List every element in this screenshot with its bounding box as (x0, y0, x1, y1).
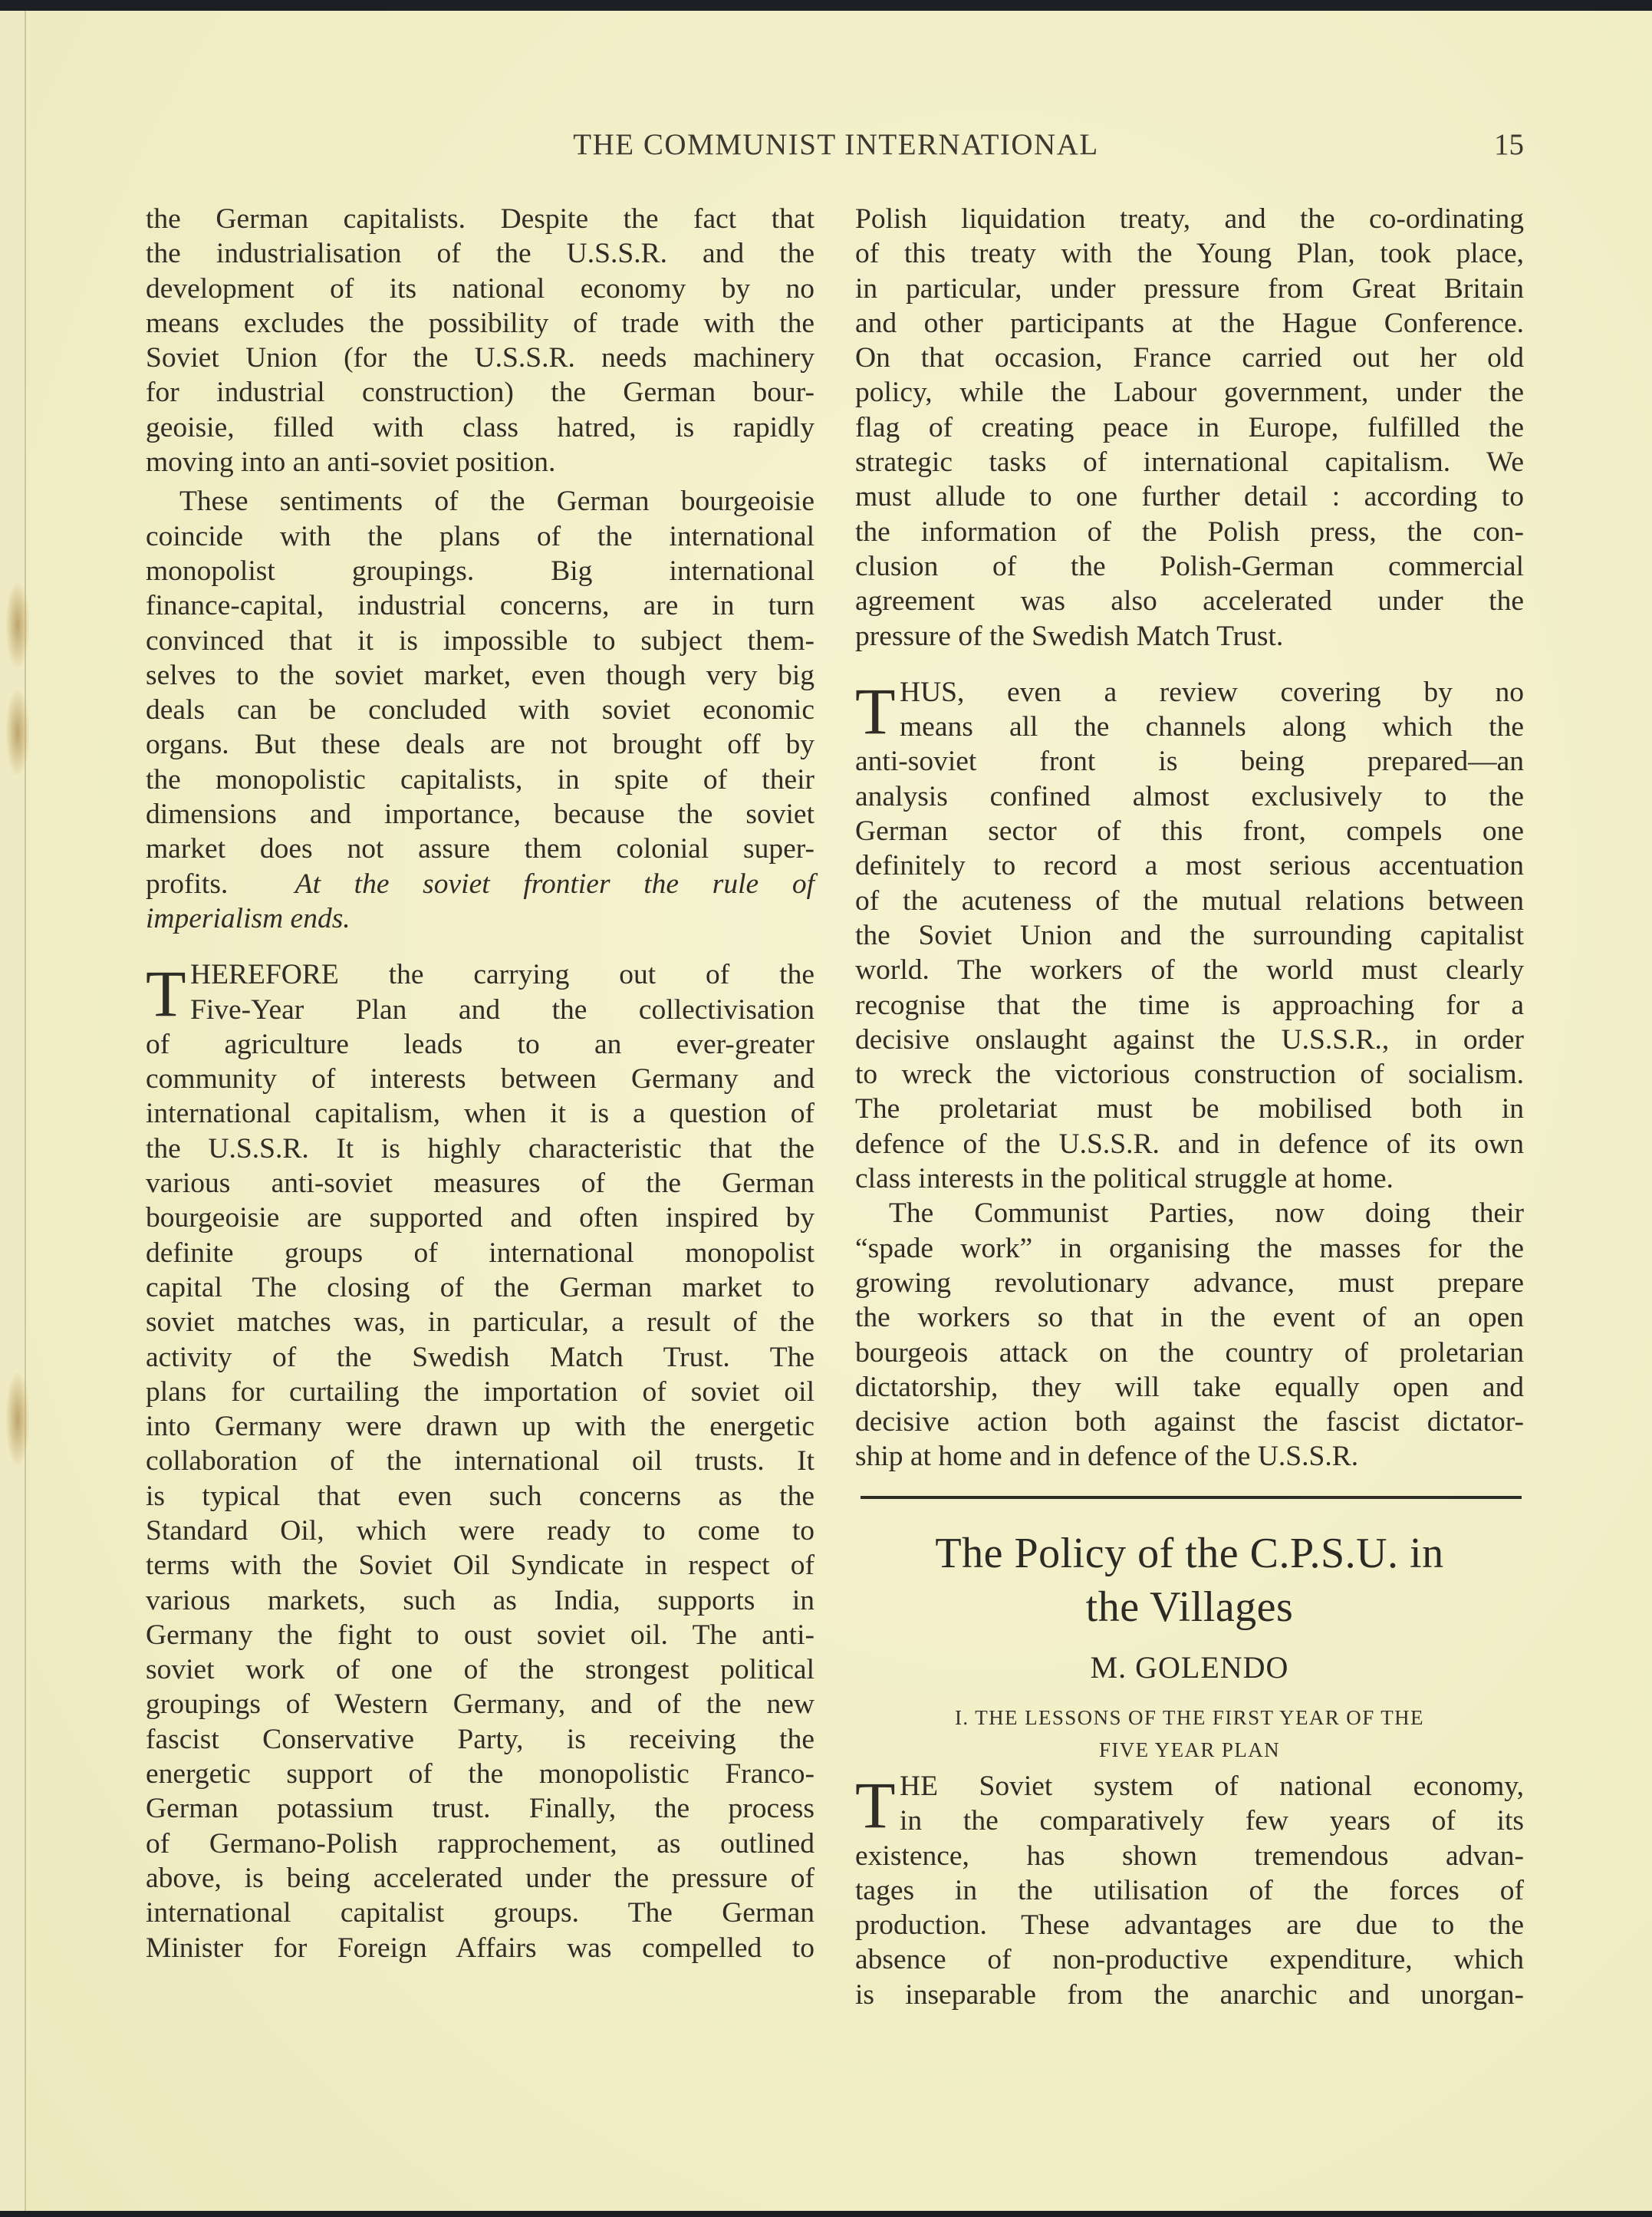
text-line: capital The closing of the German market… (146, 1270, 814, 1305)
text-run: HEREFORE the carrying out of the (190, 959, 814, 990)
text-line: growing revolutionary advance, must prep… (855, 1266, 1524, 1300)
text-line: energetic support of the monopolistic Fr… (146, 1757, 814, 1791)
text-line: of the acuteness of the mutual relations… (855, 884, 1524, 918)
text-line: the Soviet Union and the surrounding cap… (855, 918, 1524, 953)
text-line: of agriculture leads to an ever-greater (146, 1027, 814, 1062)
text-line: plans for curtailing the importation of … (146, 1375, 814, 1409)
text-line: international capitalist groups. The Ger… (146, 1896, 814, 1930)
text-line: tages in the utilisation of the forces o… (855, 1873, 1524, 1908)
text-line: pressure of the Swedish Match Trust. (855, 619, 1524, 654)
article-title-line: the Villages (855, 1580, 1524, 1634)
text-line: decisive onslaught against the U.S.S.R.,… (855, 1023, 1524, 1057)
text-line: terms with the Soviet Oil Syndicate in r… (146, 1548, 814, 1583)
text-line: soviet matches was, in particular, a res… (146, 1305, 814, 1339)
text-line: geoisie, filled with class hatred, is ra… (146, 410, 814, 445)
text-line: absence of non-productive expenditure, w… (855, 1942, 1524, 1977)
text-line: of Germano-Polish rapprochement, as outl… (146, 1827, 814, 1861)
drop-cap: T (146, 960, 186, 1026)
text-line: Five-Year Plan and the collectivisation (146, 993, 814, 1027)
text-line: of this treaty with the Young Plan, took… (855, 236, 1524, 271)
text-line: Standard Oil, which were ready to come t… (146, 1514, 814, 1548)
paragraph: THEREFORE the carrying out of the Five-Y… (146, 957, 814, 1965)
text-line: international capitalism, when it is a q… (146, 1096, 814, 1131)
text-line: deals can be concluded with soviet econo… (146, 693, 814, 727)
text-line: the industrialisation of the U.S.S.R. an… (146, 236, 814, 271)
text-line: defence of the U.S.S.R. and in defence o… (855, 1127, 1524, 1161)
text-line: definite groups of international monopol… (146, 1236, 814, 1270)
text-line: moving into an anti-soviet position. (146, 445, 814, 479)
drop-cap: T (855, 678, 896, 744)
article-author: M. GOLENDO (855, 1649, 1524, 1685)
text-line: fascist Conservative Party, is receiving… (146, 1722, 814, 1757)
text-line: policy, while the Labour government, und… (855, 375, 1524, 410)
text-line: means all the channels along which the (855, 710, 1524, 744)
text-line: must allude to one further detail : acco… (855, 479, 1524, 514)
text-line: the information of the Polish press, the… (855, 515, 1524, 549)
text-line: in particular, under pressure from Great… (855, 272, 1524, 306)
article-body: THE Soviet system of national economy, i… (855, 1769, 1524, 2012)
text-line: Soviet Union (for the U.S.S.R. needs mac… (146, 341, 814, 375)
text-run: HUS, even a review covering by no (900, 677, 1524, 708)
rust-stain (6, 690, 29, 775)
text-line: profits. At the soviet frontier the rule… (146, 867, 814, 901)
paragraph: THE Soviet system of national economy, i… (855, 1769, 1524, 2012)
italic-emphasis: At the soviet frontier the rule of (295, 868, 814, 900)
text-line: dictatorship, they will take equally ope… (855, 1370, 1524, 1405)
text-line: the German capitalists. Despite the fact… (146, 202, 814, 236)
paragraph: These sentiments of the German bourgeois… (146, 484, 814, 936)
text-line: analysis confined almost exclusively to … (855, 779, 1524, 814)
text-line: decisive action both against the fascist… (855, 1405, 1524, 1439)
text-line: community of interests between Germany a… (146, 1062, 814, 1096)
text-line: coincide with the plans of the internati… (146, 519, 814, 554)
drop-cap: T (855, 1772, 896, 1838)
section-heading-line: I. THE LESSONS OF THE FIRST YEAR OF THE (855, 1701, 1524, 1734)
text-line: is typical that even such concerns as th… (146, 1479, 814, 1514)
text-line: means excludes the possibility of trade … (146, 306, 814, 341)
left-column: the German capitalists. Despite the fact… (146, 202, 814, 1965)
text-line: bourgeoisie are supported and often insp… (146, 1201, 814, 1235)
text-line: groupings of Western Germany, and of the… (146, 1687, 814, 1721)
text-line: organs. But these deals are not brought … (146, 727, 814, 762)
text-line: monopolist groupings. Big international (146, 554, 814, 588)
text-line: strategic tasks of international capital… (855, 445, 1524, 479)
rust-stain (6, 1373, 29, 1465)
text-line: recognise that the time is approaching f… (855, 988, 1524, 1023)
text-line: various anti-soviet measures of the Germ… (146, 1166, 814, 1201)
paragraph: THUS, even a review covering by no means… (855, 675, 1524, 1196)
text-line: ship at home and in defence of the U.S.S… (855, 1439, 1524, 1474)
text-line: class interests in the political struggl… (855, 1161, 1524, 1196)
text-line: bourgeois attack on the country of prole… (855, 1336, 1524, 1370)
text-line: convinced that it is impossible to subje… (146, 624, 814, 658)
text-line: anti-soviet front is being prepared—an (855, 744, 1524, 779)
running-head: THE COMMUNIST INTERNATIONAL 15 (0, 127, 1652, 166)
text-line: “spade work” in organising the masses fo… (855, 1231, 1524, 1266)
text-run: profits. (146, 868, 228, 900)
section-divider-rule (861, 1496, 1522, 1499)
paragraph: the German capitalists. Despite the fact… (146, 202, 814, 479)
text-line: selves to the soviet market, even though… (146, 658, 814, 693)
text-line: Polish liquidation treaty, and the co-or… (855, 202, 1524, 236)
text-line: German sector of this front, compels one (855, 814, 1524, 848)
text-line: activity of the Swedish Match Trust. The (146, 1340, 814, 1375)
paragraph: The Communist Parties, now doing their “… (855, 1196, 1524, 1474)
text-line: The Communist Parties, now doing their (855, 1196, 1524, 1230)
right-column: Polish liquidation treaty, and the co-or… (855, 202, 1524, 1474)
text-line: definitely to record a most serious acce… (855, 848, 1524, 883)
article-title-line: The Policy of the C.P.S.U. in (855, 1527, 1524, 1580)
facing-page-edge (0, 11, 25, 2211)
section-gap (855, 654, 1524, 675)
text-line: existence, has shown tremendous advan- (855, 1839, 1524, 1873)
text-line: the workers so that in the event of an o… (855, 1300, 1524, 1335)
text-line: These sentiments of the German bourgeois… (146, 484, 814, 519)
text-line: soviet work of one of the strongest poli… (146, 1652, 814, 1687)
text-line: clusion of the Polish-German commercial (855, 549, 1524, 584)
text-line: the monopolistic capitalists, in spite o… (146, 763, 814, 797)
text-line: market does not assure them colonial sup… (146, 832, 814, 866)
text-line: for industrial construction) the German … (146, 375, 814, 410)
text-line: dimensions and importance, because the s… (146, 797, 814, 832)
text-line: Germany the fight to oust soviet oil. Th… (146, 1618, 814, 1652)
text-line: the U.S.S.R. It is highly characteristic… (146, 1132, 814, 1166)
text-line: production. These advantages are due to … (855, 1908, 1524, 1942)
text-line: to wreck the victorious construction of … (855, 1057, 1524, 1092)
text-line: THEREFORE the carrying out of the (146, 957, 814, 992)
italic-emphasis: imperialism ends. (146, 901, 814, 936)
binding-gutter (25, 11, 26, 2211)
text-line: THE Soviet system of national economy, (855, 1769, 1524, 1804)
text-run: HE Soviet system of national economy, (900, 1771, 1524, 1802)
text-line: world. The workers of the world must cle… (855, 953, 1524, 987)
page-number: 15 (1494, 127, 1524, 162)
text-line: and other participants at the Hague Conf… (855, 306, 1524, 341)
text-line: finance-capital, industrial concerns, ar… (146, 588, 814, 623)
rust-stain (6, 583, 29, 667)
section-heading-line: FIVE YEAR PLAN (855, 1734, 1524, 1766)
text-line: in the comparatively few years of its (855, 1804, 1524, 1838)
text-line: collaboration of the international oil t… (146, 1444, 814, 1478)
text-line: flag of creating peace in Europe, fulfil… (855, 410, 1524, 445)
text-line: THUS, even a review covering by no (855, 675, 1524, 710)
text-line: German potassium trust. Finally, the pro… (146, 1791, 814, 1826)
text-line: various markets, such as India, supports… (146, 1583, 814, 1618)
section-heading: I. THE LESSONS OF THE FIRST YEAR OF THE … (855, 1701, 1524, 1766)
text-line: On that occasion, France carried out her… (855, 341, 1524, 375)
article-title: The Policy of the C.P.S.U. in the Villag… (855, 1527, 1524, 1634)
text-line: The proletariat must be mobilised both i… (855, 1092, 1524, 1126)
text-line: agreement was also accelerated under the (855, 584, 1524, 618)
text-line: development of its national economy by n… (146, 272, 814, 306)
paragraph: Polish liquidation treaty, and the co-or… (855, 202, 1524, 654)
running-title: THE COMMUNIST INTERNATIONAL (506, 127, 1166, 162)
text-line: above, is being accelerated under the pr… (146, 1861, 814, 1896)
text-line: into Germany were drawn up with the ener… (146, 1409, 814, 1444)
section-gap (146, 936, 814, 957)
text-line: Minister for Foreign Affairs was compell… (146, 1931, 814, 1965)
text-line: is inseparable from the anarchic and uno… (855, 1978, 1524, 2012)
